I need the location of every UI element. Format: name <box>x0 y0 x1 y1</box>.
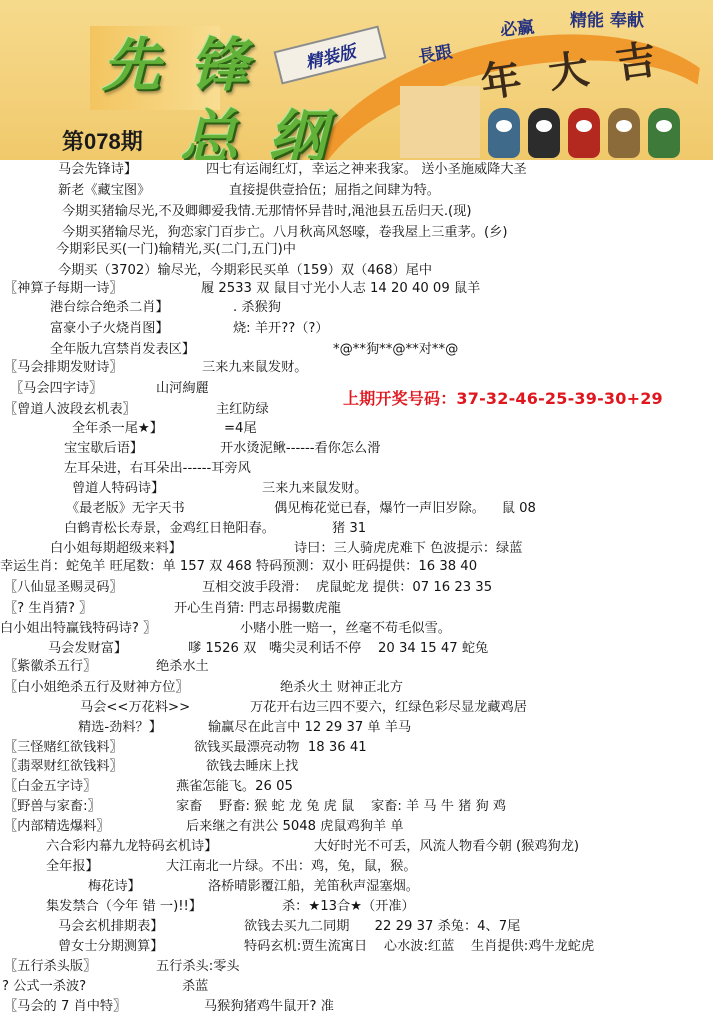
mascot-icon <box>608 108 640 158</box>
list-item: 今期买猪输尽光,不及卿卿爱我情.无那情怀异昔时,渑池县五岳归天.(现) <box>62 204 472 220</box>
last-draw-label: 上期开奖号码： <box>343 389 456 408</box>
deluxe-badge: 精装版 <box>273 25 386 84</box>
mascot-icon <box>488 108 520 158</box>
list-item: 全年报】大江南北一片绿。不出：鸡，兔，鼠，猴。 <box>46 859 99 875</box>
list-item: 精选-劲料？】输赢尽在此言中 12 29 37 单 羊马 <box>78 720 162 736</box>
list-item: 今期彩民买(一门)输精光,买(二门,五门)中 <box>56 242 296 258</box>
list-item: 〖白小姐绝杀五行及财神方位〗绝杀火土 财神正北方 <box>4 680 189 696</box>
title-char-4: 纲 <box>268 90 326 160</box>
list-item: 曾女士分期测算】特码玄机:贾生流寓日 心水波:红蓝 生肖提供:鸡牛龙蛇虎 <box>58 939 164 955</box>
list-item: 〖八仙显圣赐灵码〗互相交波手段滑： 虎鼠蛇龙 提供：07 16 23 35 <box>4 580 123 596</box>
slogan-mid: 必赢 <box>499 12 535 40</box>
list-item: 今期买猪输尽光，狗恋家门百步亡。八月秋高风怒嚎，卷我屋上三重茅。(乡) <box>62 225 507 241</box>
list-item: 〖? 生肖猜? 〗开心生肖猜: 門志昂揚數虎龍 <box>4 601 92 617</box>
list-item: 今期买（3702）输尽光，今期彩民买单（159）双（468）尾中 <box>58 263 432 279</box>
list-item: 宝宝歇后语】开水烫泥鳅------看你怎么滑 <box>64 441 143 457</box>
header-banner: 先 锋 总 纲 精装版 長跟 必赢 精能 奉献 年大吉 第078期 <box>0 0 713 160</box>
list-item: 集发禁合（今年 错 一)!!】杀：★13合★（开准） <box>46 899 202 915</box>
banner-patch <box>400 86 480 158</box>
list-item: 港台综合绝杀二肖】. 杀猴狗 <box>50 300 169 316</box>
list-item: 新老《藏宝图》直接提供壹拾伍；屈指之间肆为特。 <box>58 183 150 199</box>
list-item: 马会<<万花料>>万花开右边三四不要六，红绿色彩尽显龙藏鸡居 <box>80 700 190 716</box>
list-item: 〖马会四字诗〗山河絢麗 <box>10 381 102 397</box>
last-draw-numbers: 37-32-46-25-39-30+29 <box>456 389 662 408</box>
list-item: 马会玄机排期表】欲钱去买九二同期 22 29 37 杀兔：4、7尾 <box>58 919 164 935</box>
list-item: 〖马会排期发财诗〗三来九来鼠发财。 <box>4 360 123 376</box>
last-draw-result: 上期开奖号码：37-32-46-25-39-30+29 <box>343 386 663 409</box>
list-item: 白小姐出特赢钱特码诗? 〗小赌小胜一赔一，丝毫不苟毛似雪。 <box>0 621 156 637</box>
list-item: 〖紫徽杀五行〗绝杀水土 <box>4 659 96 675</box>
mascot-group <box>488 108 680 158</box>
mascot-icon <box>568 108 600 158</box>
list-item: 白鹤青松长寿景，金鸡红日艳阳春。猪 31 <box>64 521 275 537</box>
list-item: 〖神算子每期一诗〗履 2533 双 鼠目寸光小人志 14 20 40 09 鼠羊 <box>4 281 123 297</box>
list-item: 全年版九宫禁肖发表区】*@**狗**@**对**@ <box>50 342 195 358</box>
list-item: ? 公式一杀波?杀蓝 <box>2 979 86 995</box>
list-item: 〖白金五字诗〗燕雀怎能飞。26 05 <box>4 779 96 795</box>
mascot-icon <box>648 108 680 158</box>
list-item: 〖三怪赌红欲钱料〗欲钱买最漂亮动物 18 36 41 <box>4 740 123 756</box>
title-char-1: 先 <box>102 18 160 102</box>
slogan-right: 精能 奉献 <box>570 6 644 31</box>
list-item: 〖内部精选爆料〗后来继之有洪公 5048 虎鼠鸡狗羊 单 <box>4 819 110 835</box>
list-item: 〖曾道人波段玄机表〗主红防绿 <box>4 402 136 418</box>
list-item: 曾道人特码诗】三来九来鼠发财。 <box>72 481 164 497</box>
list-item: 《最老版》无字天书偶见梅花觉已春，爆竹一声旧岁除。 鼠 08 <box>66 501 185 517</box>
list-item: 马会发财富】嗲 1526 双 嘴尖灵利话不停 20 34 15 47 蛇兔 <box>48 641 127 657</box>
list-item: 梅花诗】洛桥晴影覆江船，羌笛秋声湿塞烟。 <box>88 879 141 895</box>
list-item: 白小姐每期超级来料】诗曰：三人骑虎虎难下 色波提示：绿蓝 <box>50 541 182 557</box>
list-item: 〖翡翠财红欲钱料〗欲钱去睡床上找 <box>4 759 123 775</box>
title-char-3: 总 <box>180 90 238 160</box>
list-item: 幸运生肖：蛇兔羊 旺尾数：单 157 双 468 特码预测：双小 旺码提供：16… <box>0 559 477 575</box>
issue-number: 第078期 <box>62 125 143 156</box>
list-item: 全年杀一尾★】=4尾 <box>72 421 163 437</box>
list-item: 〖野兽与家畜:〗家畜 野畜: 猴 蛇 龙 兔 虎 鼠 家畜: 羊 马 牛 猪 狗… <box>4 799 101 815</box>
mascot-icon <box>528 108 560 158</box>
list-item: 六合彩内幕九龙特码玄机诗】大好时光不可丢，风流人物看今朝 (猴鸡狗龙) <box>46 839 217 855</box>
list-item: 〖五行杀头版〗五行杀头:零头 <box>4 959 96 975</box>
list-item: 左耳朵进，右耳朵出------耳旁风 <box>64 461 251 477</box>
list-item: 〖马会的 7 肖中特〗马猴狗猪鸡牛鼠开? 准 <box>4 999 126 1015</box>
list-item: 马会先锋诗】四七有运闹红灯，幸运之神来我家。 送小圣施威降大圣 <box>58 162 137 178</box>
list-item: 富豪小子火烧肖图】烧: 羊开??（?） <box>50 321 169 337</box>
